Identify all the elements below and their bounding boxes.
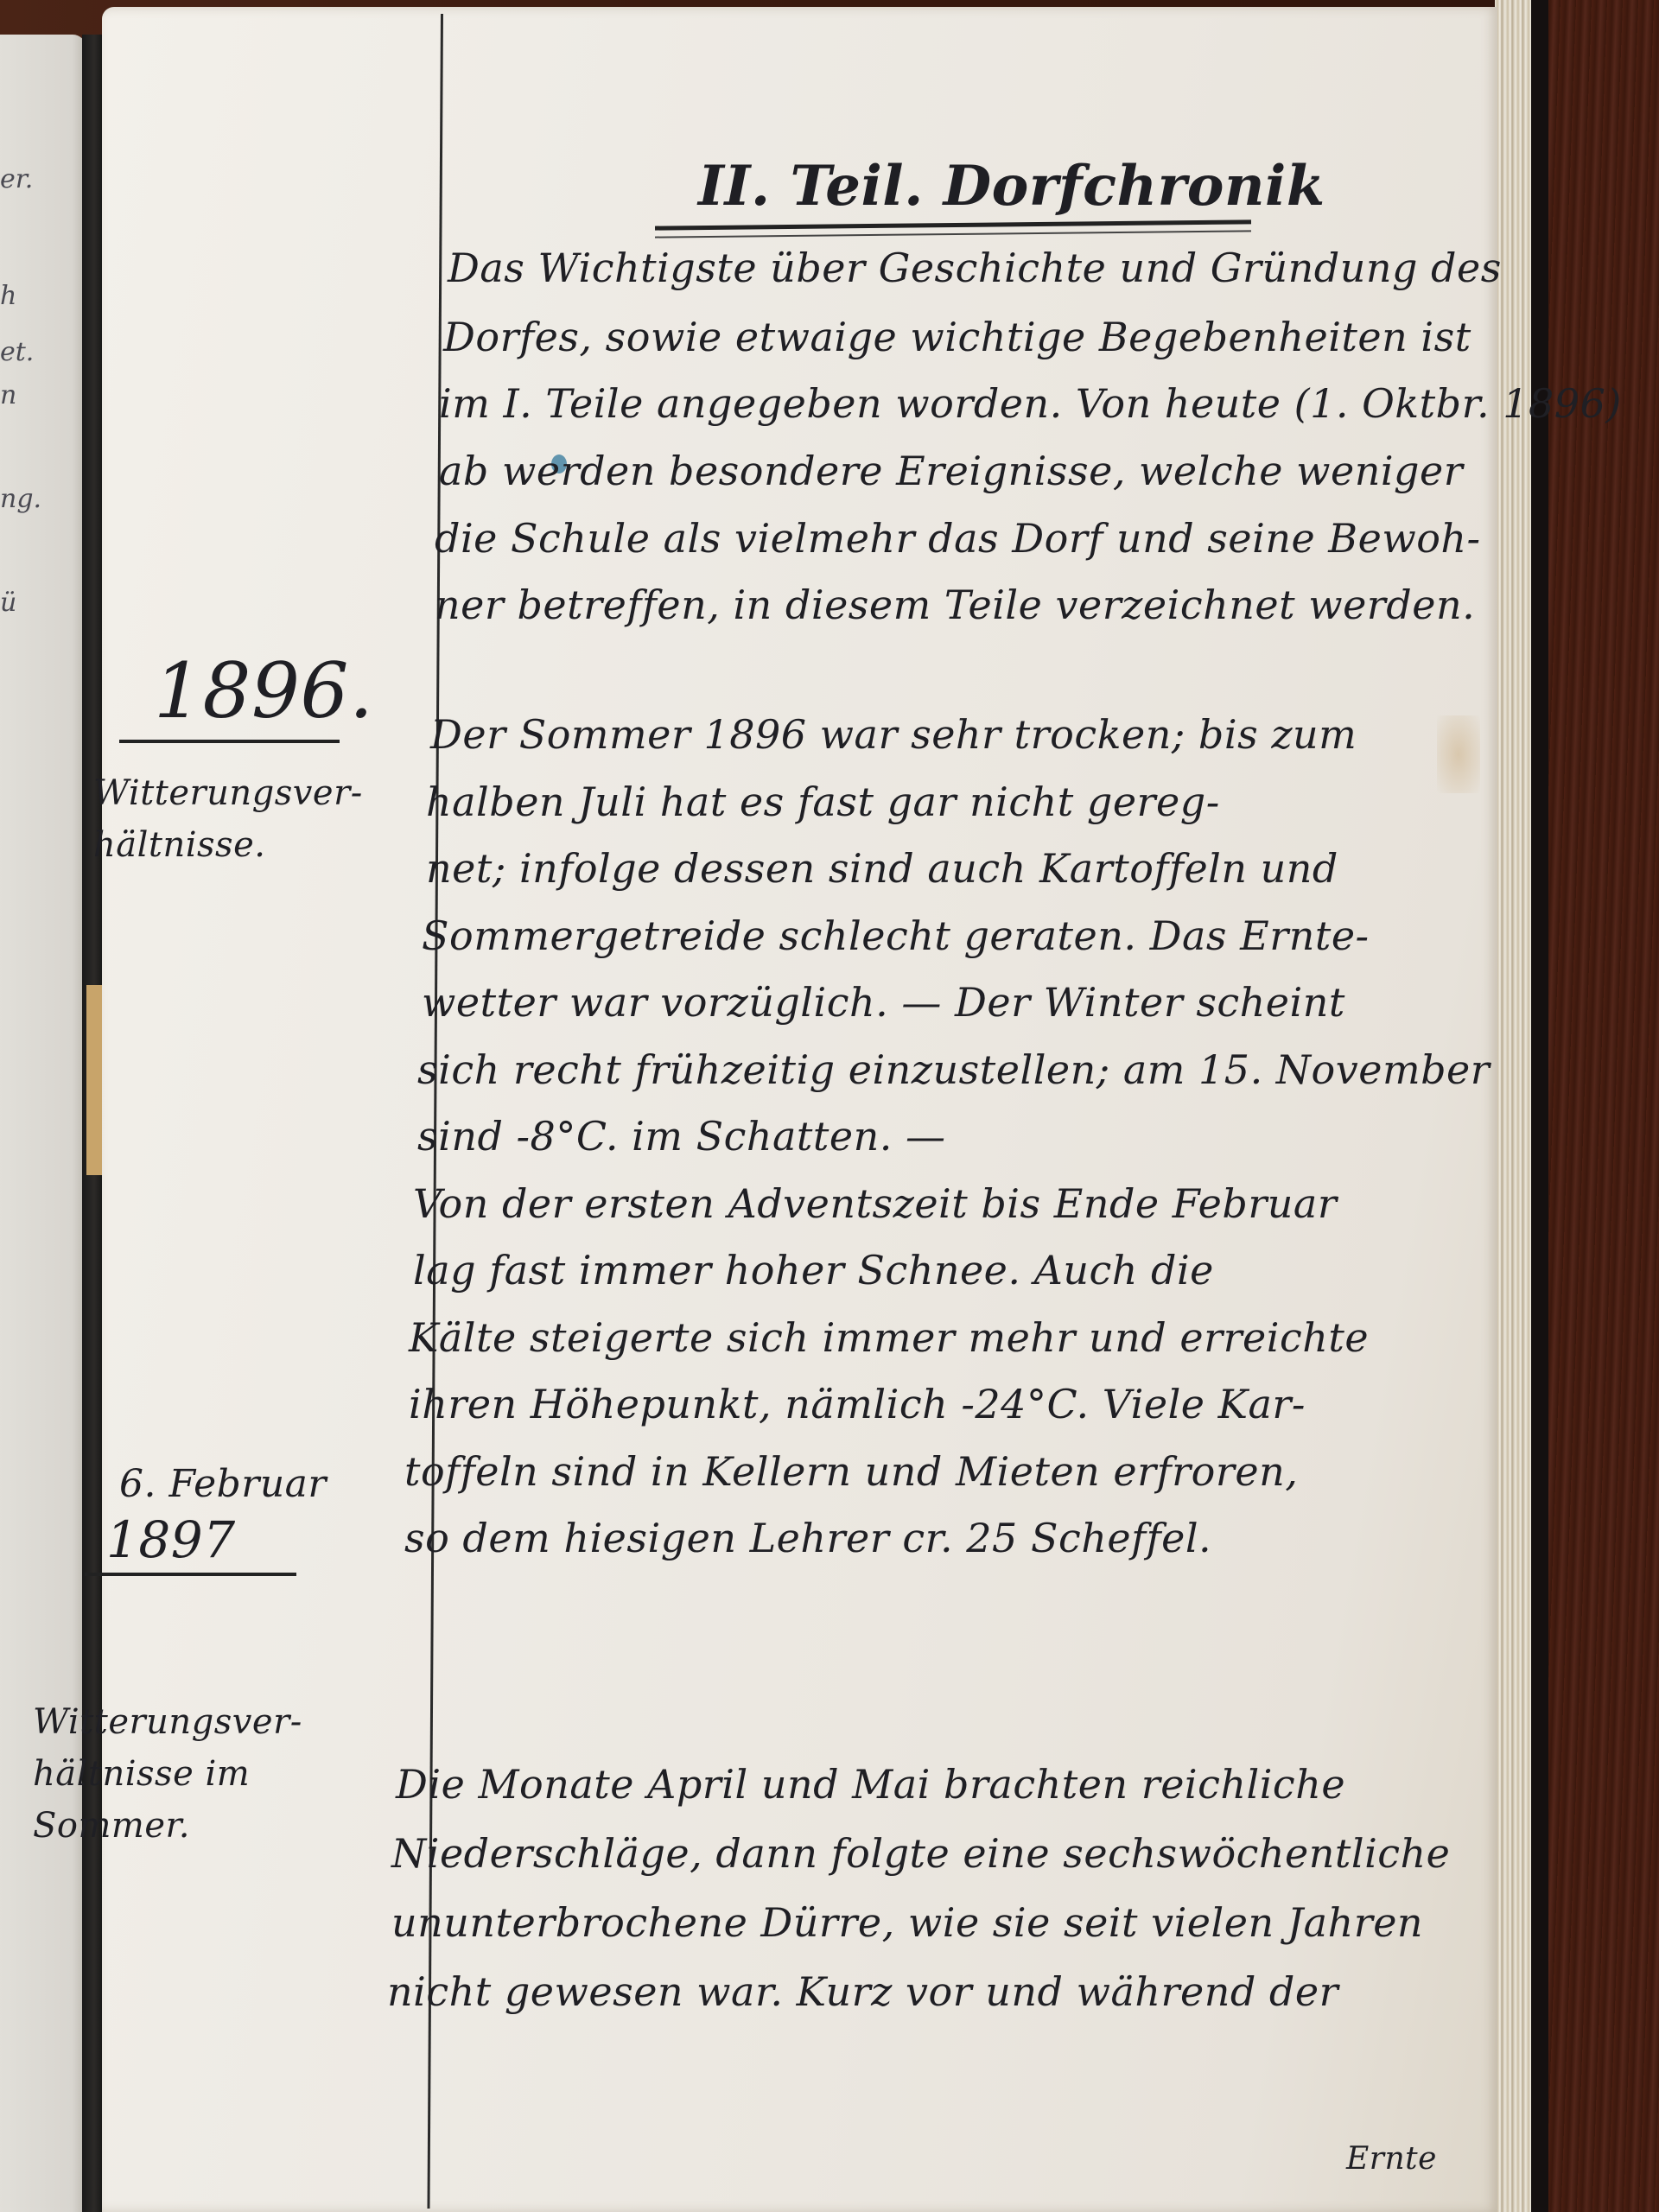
title-underline — [655, 219, 1251, 230]
margin-date-february: 6. Februar — [119, 1459, 327, 1510]
text-line: die Schule als vielmehr das Dorf und sei… — [435, 515, 1481, 562]
text-line: Der Sommer 1896 war sehr trocken; bis zu… — [430, 711, 1357, 758]
text-line: Die Monate April und Mai brachten reichl… — [396, 1761, 1345, 1808]
page-title: II. Teil. Dorfchronik — [698, 154, 1325, 219]
text-line: ner betreffen, in diesem Teile verzeichn… — [435, 582, 1475, 628]
text-line: lag fast immer hoher Schnee. Auch die — [413, 1247, 1214, 1294]
spine-tape-patch — [86, 985, 104, 1175]
text-line: im I. Teile angegeben worden. Von heute … — [439, 380, 1622, 427]
text-line: Von der ersten Adventszeit bis Ende Febr… — [413, 1180, 1337, 1227]
left-page-fragment: ng. — [0, 484, 41, 514]
margin-year-1897: 1897 — [106, 1510, 236, 1569]
left-page-fragment: n — [0, 380, 16, 410]
text-line: net; infolge dessen sind auch Kartoffeln… — [426, 845, 1338, 892]
text-line: sind -8°C. im Schatten. — — [417, 1113, 945, 1160]
page-stack-edge — [1495, 0, 1531, 2212]
margin-year-1896: 1896. — [154, 646, 373, 735]
paper-stain — [1437, 715, 1480, 793]
margin-rule-line — [427, 14, 443, 2209]
text-line: Niederschläge, dann folgte eine sechswöc… — [391, 1830, 1450, 1877]
text-line: Sommergetreide schlecht geraten. Das Ern… — [422, 912, 1370, 959]
left-page-fragment: h — [0, 281, 16, 311]
left-page-fragment: et. — [0, 337, 34, 367]
book-binding-edge — [1529, 0, 1548, 2212]
text-line: Das Wichtigste über Geschichte und Gründ… — [448, 245, 1502, 291]
margin-date-underline — [85, 1573, 296, 1576]
text-line: Dorfes, sowie etwaige wichtige Begebenhe… — [443, 314, 1471, 360]
margin-note-summer-weather: Witterungsver- hältnisse im Sommer. — [33, 1696, 344, 1852]
text-line: nicht gewesen war. Kurz vor und während … — [387, 1968, 1338, 2015]
title-underline-double — [655, 230, 1251, 238]
text-line: ununterbrochene Dürre, wie sie seit viel… — [391, 1899, 1423, 1946]
left-page-fragment: er. — [0, 164, 33, 194]
wooden-book-cover — [1529, 0, 1659, 2212]
text-line: halben Juli hat es fast gar nicht gereg- — [426, 779, 1220, 825]
text-line: sich recht frühzeitig einzustellen; am 1… — [417, 1046, 1490, 1093]
left-page-fragment: ü — [0, 588, 16, 618]
left-facing-page: er. h et. n ng. ü — [0, 35, 86, 2212]
catchword: Ernte — [1346, 2141, 1437, 2177]
text-line: ihren Höhepunkt, nämlich -24°C. Viele Ka… — [409, 1381, 1306, 1427]
margin-note-weather-1896: Witterungsver- hältnisse. — [93, 767, 387, 871]
text-line: Kälte steigerte sich immer mehr und erre… — [409, 1314, 1369, 1361]
text-line: toffeln sind in Kellern und Mieten erfro… — [404, 1448, 1298, 1495]
margin-year-underline — [119, 740, 340, 743]
chronicle-page: II. Teil. Dorfchronik 1896. Witterungsve… — [102, 7, 1497, 2212]
text-line: so dem hiesigen Lehrer cr. 25 Scheffel. — [404, 1515, 1211, 1561]
text-line: wetter war vorzüglich. — Der Winter sche… — [422, 979, 1345, 1026]
text-line: ab werden besondere Ereignisse, welche w… — [439, 448, 1463, 494]
